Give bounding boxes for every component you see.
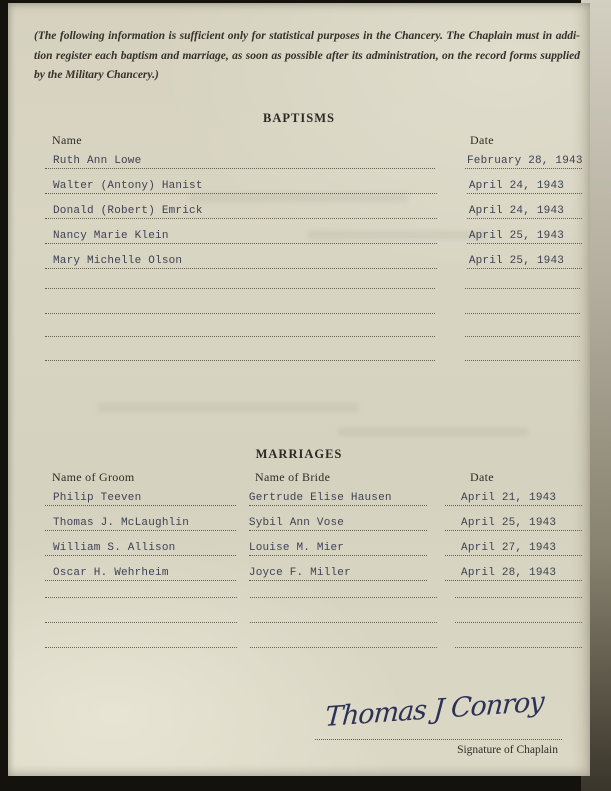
form-page: (The following information is sufficient… (8, 3, 590, 776)
scanned-document: (The following information is sufficient… (0, 0, 611, 791)
baptism-name: Ruth Ann Lowe (45, 155, 435, 169)
marriage-row: Thomas J. McLaughlin Sybil Ann Vose Apri… (45, 506, 582, 531)
marriage-row: William S. Allison Louise M. Mier April … (45, 531, 582, 556)
empty-name-line (45, 264, 435, 289)
intro-line: by the Military Chancery.) (34, 66, 580, 86)
baptism-row: Ruth Ann Lowe February 28, 1943 (45, 144, 582, 169)
empty-name-line (45, 289, 435, 314)
marriage-empty-row (45, 574, 582, 598)
empty-bride-line (250, 598, 437, 623)
baptism-name: Nancy Marie Klein (45, 230, 437, 244)
marriage-groom: Philip Teeven (45, 492, 236, 506)
baptism-date: April 25, 1943 (467, 230, 582, 244)
marriage-groom: William S. Allison (45, 542, 236, 556)
baptism-name: Donald (Robert) Emrick (45, 205, 437, 219)
empty-name-line (45, 336, 435, 361)
baptism-date: April 24, 1943 (467, 205, 582, 219)
marriages-rows: Philip Teeven Gertrude Elise Hausen Apri… (45, 481, 582, 581)
marriage-date: April 21, 1943 (445, 492, 582, 506)
bleed-through (338, 428, 528, 436)
empty-date-line (465, 312, 580, 337)
intro-note: (The following information is sufficient… (34, 27, 580, 86)
empty-bride-line (250, 623, 437, 648)
baptism-date: April 24, 1943 (467, 180, 582, 194)
empty-groom-line (45, 573, 237, 598)
marriage-date: April 25, 1943 (445, 517, 582, 531)
marriage-bride: Sybil Ann Vose (249, 517, 427, 531)
baptisms-rows: Ruth Ann Lowe February 28, 1943 Walter (… (45, 144, 582, 269)
empty-date-line (455, 598, 582, 623)
marriage-groom: Thomas J. McLaughlin (45, 517, 236, 531)
baptism-name: Walter (Antony) Hanist (45, 180, 437, 194)
baptisms-title: BAPTISMS (8, 111, 590, 126)
baptism-row: Donald (Robert) Emrick April 24, 1943 (45, 194, 582, 219)
empty-date-line (465, 336, 580, 361)
baptism-empty-row (45, 313, 582, 337)
marriage-bride: Louise M. Mier (249, 542, 427, 556)
baptism-date: February 28, 1943 (465, 155, 582, 169)
marriage-date: April 27, 1943 (445, 542, 582, 556)
baptism-row: Nancy Marie Klein April 25, 1943 (45, 219, 582, 244)
empty-date-line (465, 264, 580, 289)
bleed-through (98, 403, 358, 412)
marriage-row: Philip Teeven Gertrude Elise Hausen Apri… (45, 481, 582, 506)
intro-line: (The following information is sufficient… (34, 27, 580, 47)
intro-line: tion register each baptism and marriage,… (34, 47, 580, 67)
empty-date-line (465, 289, 580, 314)
marriage-empty-row (45, 624, 582, 648)
empty-date-line (455, 573, 582, 598)
empty-groom-line (45, 598, 237, 623)
marriages-title: MARRIAGES (8, 447, 590, 462)
baptism-empty-row (45, 265, 582, 289)
empty-date-line (455, 623, 582, 648)
signature-label: Signature of Chaplain (398, 744, 558, 756)
baptism-row: Walter (Antony) Hanist April 24, 1943 (45, 169, 582, 194)
baptism-empty-row (45, 337, 582, 361)
empty-groom-line (45, 623, 237, 648)
marriage-empty-row (45, 599, 582, 623)
empty-bride-line (250, 573, 437, 598)
marriage-bride: Gertrude Elise Hausen (249, 492, 427, 506)
baptism-empty-row (45, 290, 582, 314)
empty-name-line (45, 312, 435, 337)
